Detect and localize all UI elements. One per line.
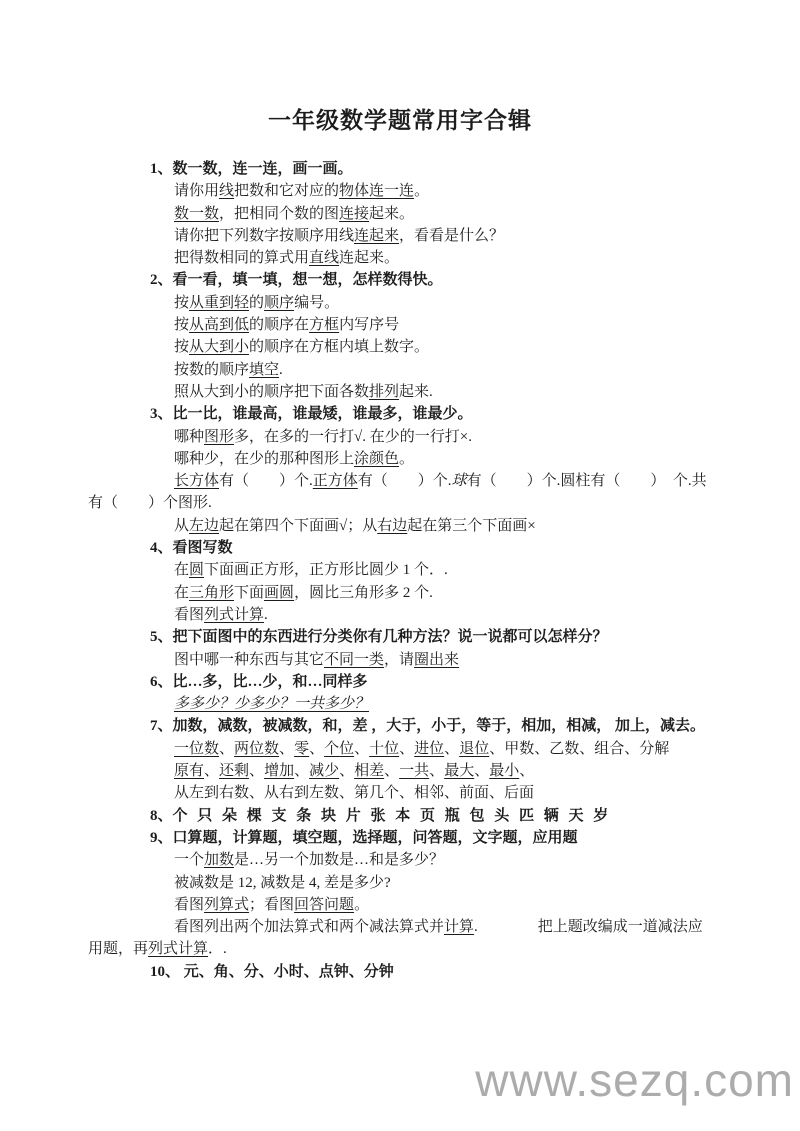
paragraph: 请你用线把数和它对应的物体连一连。 — [88, 180, 712, 202]
text-segment: 长方体 — [174, 473, 219, 489]
text-segment: 下面 — [234, 585, 264, 601]
paragraph: 2、看一看，填一填，想一想，怎样数得快。 — [88, 269, 712, 291]
paragraph: 一位数、两位数、零、个位、十位、进位、退位、甲数、乙数、组合、分解 — [88, 738, 712, 760]
text-segment: 回答问题 — [294, 897, 354, 913]
text-segment: 4、看图写数 — [150, 540, 233, 556]
text-segment: 排列 — [369, 384, 399, 400]
text-segment: 有（ ）个. — [358, 473, 452, 489]
paragraph: 在圆下面画正方形，正方形比圆少 1 个．. — [88, 559, 712, 581]
paragraph: 哪种少，在少的那种图形上涂颜色。 — [88, 448, 712, 470]
text-segment: 左边 — [189, 518, 219, 534]
paragraph: 3、比一比，谁最高，谁最矮，谁最多，谁最少。 — [88, 403, 712, 425]
paragraph: 按从重到轻的顺序编号。 — [88, 292, 712, 314]
text-segment: 一个 — [174, 852, 204, 868]
text-segment: 连起来。 — [339, 250, 399, 266]
paragraph: 按数的顺序填空. — [88, 359, 712, 381]
page-title: 一年级数学题常用字合辑 — [0, 102, 800, 135]
text-segment: 相差 — [354, 763, 384, 779]
text-segment: 一位数 — [174, 741, 219, 757]
paragraph: 按从高到低的顺序在方框内写序号 — [88, 314, 712, 336]
text-segment: 内写序号 — [339, 317, 399, 333]
text-segment: 不同一类 — [324, 652, 384, 668]
text-segment: 哪种 — [174, 429, 204, 445]
text-segment: 把数和它对应的 — [234, 183, 339, 199]
text-segment: 列式计算 — [148, 941, 208, 957]
text-segment: 圆 — [189, 562, 204, 578]
text-segment: 减少 — [309, 763, 339, 779]
text-segment: 、 — [444, 741, 459, 757]
text-segment: 起在第四个下面画√；从 — [219, 518, 377, 534]
text-segment: 请你用 — [174, 183, 219, 199]
paragraph: 8、个 只 朵 棵 支 条 块 片 张 本 页 瓶 包 头 匹 辆 天 岁 — [88, 805, 712, 827]
text-segment: 两位数 — [234, 741, 279, 757]
text-segment: 球 — [452, 473, 467, 489]
text-segment: 从 — [174, 518, 189, 534]
paragraph: 照从大到小的顺序把下面各数排列起来. — [88, 381, 712, 403]
text-segment: 。 — [354, 897, 369, 913]
text-segment: 圈出来 — [414, 652, 459, 668]
paragraph: 1、数一数，连一连，画一画。 — [88, 158, 712, 180]
text-segment: 1、数一数，连一连，画一画。 — [150, 161, 353, 177]
text-segment: 从左到右数、从右到左数、第几个、相邻、前面、后面 — [174, 785, 534, 801]
text-segment: 在 — [174, 585, 189, 601]
text-segment: 9、口算题，计算题，填空题，选择题，问答题，文字题，应用题 — [150, 830, 578, 846]
text-segment: 8、个 只 朵 棵 支 条 块 片 张 本 页 瓶 包 头 匹 辆 天 岁 — [150, 808, 608, 824]
text-segment: 哪种少，在少的那种图形上 — [174, 451, 354, 467]
text-segment: 、 — [354, 741, 369, 757]
paragraph: 哪种图形多，在多的一行打√. 在少的一行打×. — [88, 426, 712, 448]
text-segment: 7、加数，减数，被减数，和，差 ，大于，小于，等于，相加，相减， 加上，减去。 — [150, 718, 705, 734]
text-segment: 有（ ）个. — [219, 473, 313, 489]
paragraph: 把得数相同的算式用直线连起来。 — [88, 247, 712, 269]
text-segment: 图中哪一种东西与其它 — [174, 652, 324, 668]
text-segment: 3、比一比，谁最高，谁最矮，谁最多，谁最少。 — [150, 406, 473, 422]
paragraph: 看图列出两个加法算式和两个减法算式并计算. 把上题改编成一道减法应用题，再列式计… — [88, 916, 712, 961]
text-segment: 最大 — [444, 763, 474, 779]
paragraph: 从左到右数、从右到左数、第几个、相邻、前面、后面 — [88, 782, 712, 804]
text-segment: 编号。 — [294, 295, 339, 311]
paragraph: 原有、还剩、增加、减少、相差、一共、最大、最小、 — [88, 760, 712, 782]
text-segment: 画圆 — [264, 585, 294, 601]
text-segment: 、 — [339, 763, 354, 779]
paragraph: 9、口算题，计算题，填空题，选择题，问答题，文字题，应用题 — [88, 827, 712, 849]
text-segment: 是…另一个加数是…和是多少？ — [234, 852, 444, 868]
text-segment: 按 — [174, 339, 189, 355]
paragraph: 5、把下面图中的东西进行分类你有几种方法？说一说都可以怎样分？ — [88, 626, 712, 648]
paragraph: 请你把下列数字按顺序用线连起来，看看是什么？ — [88, 225, 712, 247]
text-segment: 、 — [399, 741, 414, 757]
text-segment: 数一数 — [174, 206, 219, 222]
text-segment: 、甲数、乙数、组合、分解 — [489, 741, 669, 757]
text-segment: 顺序 — [264, 295, 294, 311]
text-segment: 十位 — [369, 741, 399, 757]
text-segment: 把得数相同的算式用 — [174, 250, 309, 266]
text-segment: 一共 — [399, 763, 429, 779]
text-segment: 图形 — [204, 429, 234, 445]
text-segment: 。 — [399, 451, 414, 467]
text-segment: ．. — [208, 941, 227, 957]
text-segment: ，把相同个数的图 — [219, 206, 339, 222]
text-segment: 、 — [219, 741, 234, 757]
text-segment: 连接 — [339, 206, 369, 222]
watermark: www.sezq.com — [475, 1053, 794, 1107]
text-segment: 填空 — [249, 362, 279, 378]
text-segment: 从重到轻 — [189, 295, 249, 311]
text-segment: 6、比…多，比…少，和…同样多 — [150, 674, 368, 690]
text-segment: ；看图 — [249, 897, 294, 913]
text-segment: 方框 — [309, 317, 339, 333]
text-segment: ，看看是什么？ — [399, 228, 504, 244]
text-segment: 、 — [429, 763, 444, 779]
text-segment: 连起来 — [354, 228, 399, 244]
text-segment: . — [264, 607, 268, 623]
text-segment: 、 — [204, 763, 219, 779]
text-segment: 线 — [219, 183, 234, 199]
text-segment: 、 — [384, 763, 399, 779]
text-segment: 、 — [249, 763, 264, 779]
text-segment: 多，在多的一行打√. 在少的一行打×. — [234, 429, 472, 445]
text-segment: 5、把下面图中的东西进行分类你有几种方法？说一说都可以怎样分？ — [150, 629, 608, 645]
text-segment: . — [279, 362, 283, 378]
text-segment: 最小 — [489, 763, 519, 779]
paragraph: 看图列算式；看图回答问题。 — [88, 894, 712, 916]
paragraph: 在三角形下面画圆，圆比三角形多 2 个. — [88, 582, 712, 604]
text-segment: 零 — [294, 741, 309, 757]
paragraph: 按从大到小的顺序在方框内填上数字。 — [88, 336, 712, 358]
paragraph: 7、加数，减数，被减数，和，差 ，大于，小于，等于，相加，相减， 加上，减去。 — [88, 715, 712, 737]
text-segment: 计算 — [444, 919, 474, 935]
text-segment: 从大到小 — [189, 339, 249, 355]
paragraph: 多多少？少多少？一共多少？ — [88, 693, 712, 715]
paragraph: 被减数是 12, 减数是 4, 差是多少? — [88, 872, 712, 894]
text-segment: 还剩 — [219, 763, 249, 779]
text-segment: 。 — [414, 183, 429, 199]
text-segment: 在 — [174, 562, 189, 578]
text-segment: 多多少？少多少？一共多少？ — [174, 696, 369, 712]
text-segment: 右边 — [377, 518, 407, 534]
text-segment: 物体连一连 — [339, 183, 414, 199]
text-segment: 、 — [279, 741, 294, 757]
text-segment: 起来. — [399, 384, 433, 400]
text-segment: 的顺序在方框内填上数字。 — [249, 339, 429, 355]
text-segment: 下面画正方形，正方形比圆少 1 个．. — [204, 562, 448, 578]
text-segment: 、 — [294, 763, 309, 779]
text-segment: 请你把下列数字按顺序用线 — [174, 228, 354, 244]
paragraph: 看图列式计算. — [88, 604, 712, 626]
text-segment: 加数 — [204, 852, 234, 868]
text-segment: 从高到低 — [189, 317, 249, 333]
text-segment: ，圆比三角形多 2 个. — [294, 585, 433, 601]
text-segment: 进位 — [414, 741, 444, 757]
paragraph: 6、比…多，比…少，和…同样多 — [88, 671, 712, 693]
text-segment: 按 — [174, 317, 189, 333]
text-segment: 起在第三个下面画× — [407, 518, 535, 534]
paragraph: 图中哪一种东西与其它不同一类，请圈出来 — [88, 649, 712, 671]
paragraph: 从左边起在第四个下面画√；从右边起在第三个下面画× — [88, 515, 712, 537]
text-segment: 列式计算 — [204, 607, 264, 623]
text-segment: 、 — [309, 741, 324, 757]
text-segment: 看图列出两个加法算式和两个减法算式并 — [174, 919, 444, 935]
paragraph: 4、看图写数 — [88, 537, 712, 559]
paragraph: 10、 元、角、分、小时、点钟、分钟 — [88, 961, 712, 983]
text-segment: 起来。 — [369, 206, 414, 222]
document-body: 1、数一数，连一连，画一画。请你用线把数和它对应的物体连一连。数一数，把相同个数… — [88, 158, 712, 983]
text-segment: 被减数是 12, 减数是 4, 差是多少? — [174, 875, 391, 891]
text-segment: 退位 — [459, 741, 489, 757]
text-segment: 三角形 — [189, 585, 234, 601]
text-segment: 10、 元、角、分、小时、点钟、分钟 — [150, 964, 394, 980]
text-segment: 看图 — [174, 897, 204, 913]
text-segment: 的顺序在 — [249, 317, 309, 333]
text-segment: 个位 — [324, 741, 354, 757]
text-segment: 2、看一看，填一填，想一想，怎样数得快。 — [150, 272, 443, 288]
text-segment: 按 — [174, 295, 189, 311]
text-segment: 、 — [474, 763, 489, 779]
text-segment: 直线 — [309, 250, 339, 266]
text-segment: ，请 — [384, 652, 414, 668]
text-segment: 按数的顺序 — [174, 362, 249, 378]
paragraph: 数一数，把相同个数的图连接起来。 — [88, 203, 712, 225]
paragraph: 长方体有（ ）个.正方体有（ ）个.球有（ ）个.圆柱有（ ） 个.共有（ ）个… — [88, 470, 712, 515]
text-segment: 原有 — [174, 763, 204, 779]
text-segment: 照从大到小的顺序把下面各数 — [174, 384, 369, 400]
text-segment: 的 — [249, 295, 264, 311]
text-segment: 涂颜色 — [354, 451, 399, 467]
text-segment: 看图 — [174, 607, 204, 623]
text-segment: 正方体 — [313, 473, 358, 489]
paragraph: 一个加数是…另一个加数是…和是多少？ — [88, 849, 712, 871]
text-segment: 列算式 — [204, 897, 249, 913]
text-segment: 、 — [519, 763, 534, 779]
text-segment: 增加 — [264, 763, 294, 779]
